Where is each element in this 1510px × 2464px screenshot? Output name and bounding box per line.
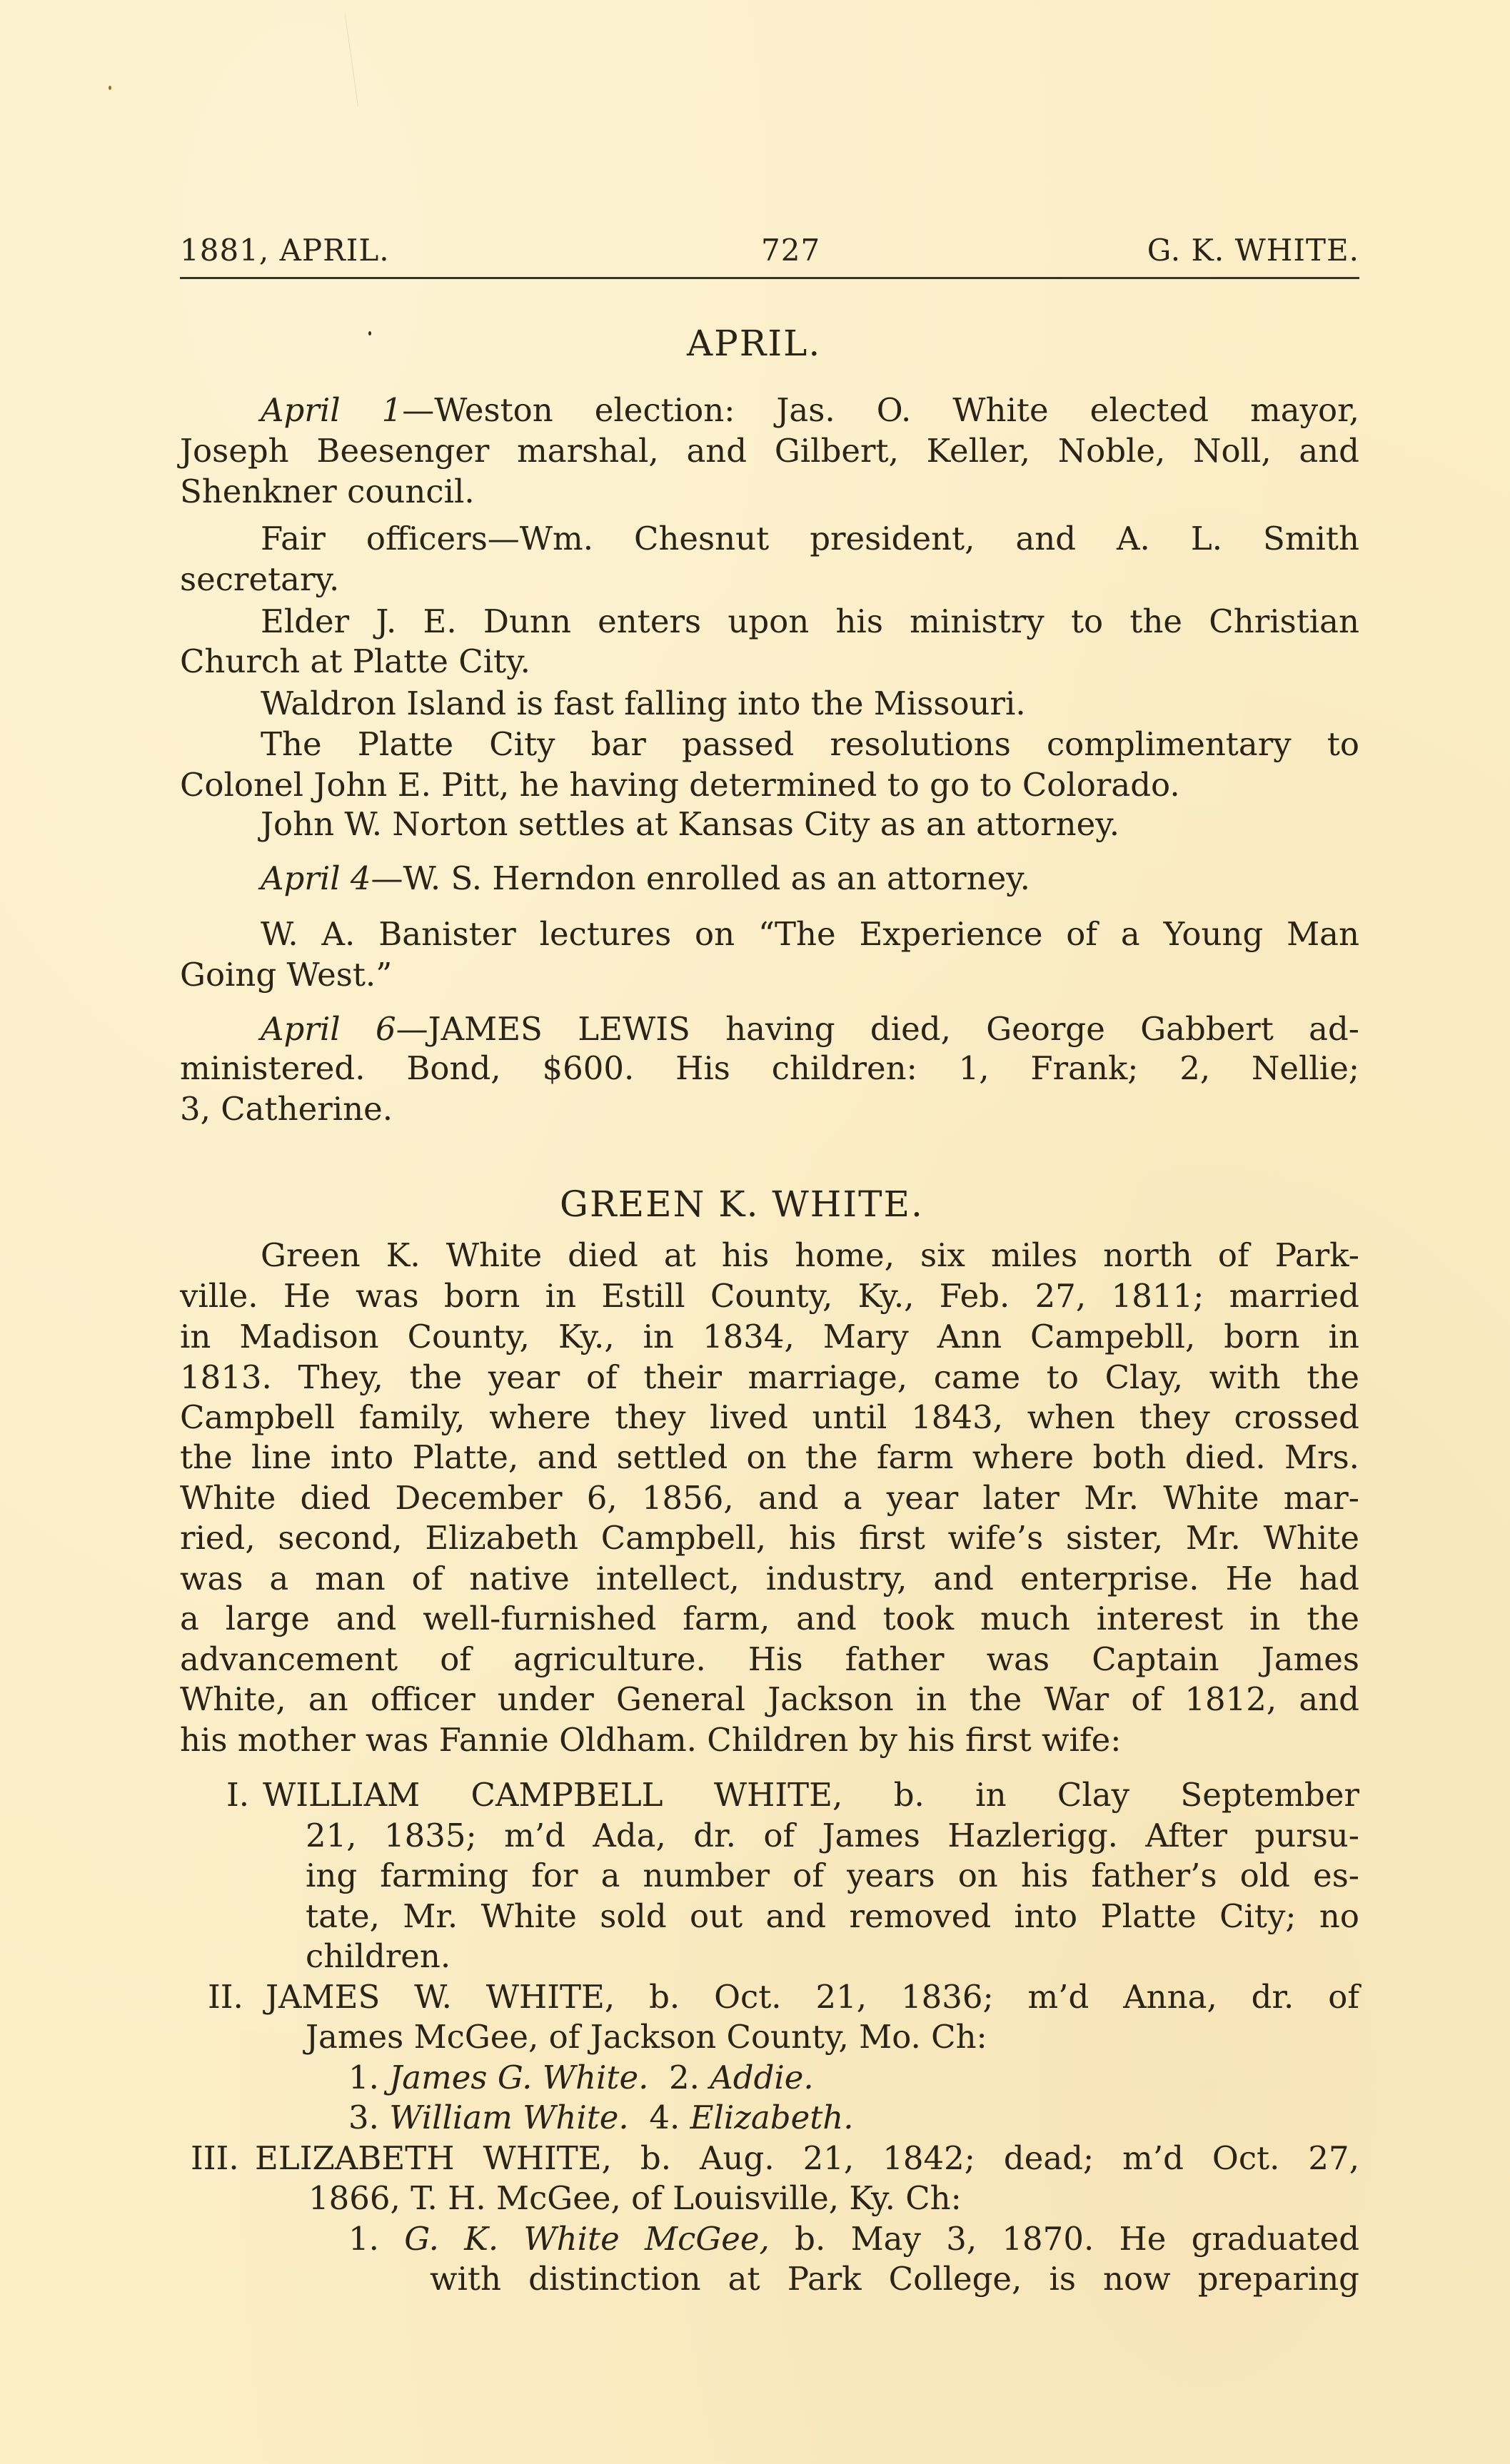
line-text: —JAMES LEWIS having died, George Gabbert… bbox=[396, 1010, 1359, 1048]
ink-speck bbox=[368, 331, 371, 335]
text-line: ried, second, Elizabeth Campbell, his fi… bbox=[180, 1522, 1359, 1554]
text-line: Colonel John E. Pitt, he having determin… bbox=[180, 769, 1180, 801]
text-line: Shenkner council. bbox=[180, 475, 475, 508]
header-rule bbox=[180, 277, 1359, 279]
text-line: The Platte City bar passed resolutions c… bbox=[261, 728, 1359, 760]
text-line: 1813. They, the year of their marriage, … bbox=[180, 1361, 1359, 1393]
text-line: secretary. bbox=[180, 563, 339, 595]
text-line: Waldron Island is fast falling into the … bbox=[261, 687, 1026, 719]
text-line: 1866, T. H. McGee, of Louisville, Ky. Ch… bbox=[308, 2182, 962, 2214]
grandchildren-line: 1. James G. White. 2. Addie. bbox=[348, 2061, 814, 2094]
page-number: 727 bbox=[761, 236, 820, 266]
grandchild-name: G. K. White McGee, bbox=[404, 2220, 770, 2258]
date-label: April 6 bbox=[261, 1010, 396, 1048]
line-text: —Weston election: Jas. O. White elected … bbox=[402, 391, 1359, 429]
text-line: White, an officer under General Jackson … bbox=[180, 1683, 1359, 1715]
text-line: advancement of agriculture. His father w… bbox=[180, 1643, 1359, 1675]
header-right: G. K. WHITE. bbox=[1121, 236, 1359, 266]
text-line: WILLIAM CAMPBELL WHITE, b. in Clay Septe… bbox=[263, 1779, 1359, 1811]
grandchild-text: b. May 3, 1870. He graduated bbox=[770, 2220, 1359, 2258]
text-line: was a man of native intellect, industry,… bbox=[180, 1562, 1359, 1595]
text-line: Green K. White died at his home, six mil… bbox=[261, 1239, 1359, 1271]
text-line: April 1—Weston election: Jas. O. White e… bbox=[261, 394, 1359, 426]
text-line: Elder J. E. Dunn enters upon his ministr… bbox=[261, 605, 1359, 637]
text-line: W. A. Banister lectures on “The Experien… bbox=[261, 918, 1359, 950]
grandchild-number: 2. bbox=[669, 2059, 700, 2096]
header-left: 1881, APRIL. bbox=[180, 236, 390, 266]
text-line: Campbell family, where they lived until … bbox=[180, 1401, 1359, 1433]
grandchild-number: 1. bbox=[348, 2220, 379, 2258]
roman-numeral: II. bbox=[208, 1981, 243, 2013]
text-line: James McGee, of Jackson County, Mo. Ch: bbox=[306, 2021, 987, 2053]
text-line: April 4—W. S. Herndon enrolled as an att… bbox=[261, 862, 1030, 894]
text-line: Going West.” bbox=[180, 959, 392, 991]
book-page: 1881, APRIL. 727 G. K. WHITE. APRIL. Apr… bbox=[0, 0, 1510, 2464]
text-line: 3, Catherine. bbox=[180, 1093, 393, 1125]
grandchild-name: James G. White. bbox=[389, 2059, 648, 2096]
text-line: in Madison County, Ky., in 1834, Mary An… bbox=[180, 1321, 1359, 1353]
text-line: ville. He was born in Estill County, Ky.… bbox=[180, 1280, 1359, 1312]
grandchild-number: 1. bbox=[348, 2059, 379, 2096]
text-line: John W. Norton settles at Kansas City as… bbox=[261, 808, 1119, 840]
text-line: tate, Mr. White sold out and removed int… bbox=[306, 1900, 1359, 1932]
grandchild-line: 1. G. K. White McGee, b. May 3, 1870. He… bbox=[348, 2223, 1359, 2255]
text-line: his mother was Fannie Oldham. Children b… bbox=[180, 1724, 1121, 1756]
text-line: Joseph Beesenger marshal, and Gilbert, K… bbox=[180, 435, 1359, 467]
paper-crease bbox=[345, 15, 358, 107]
section-title: APRIL. bbox=[687, 325, 821, 361]
text-line: Church at Platte City. bbox=[180, 645, 530, 677]
section-title: GREEN K. WHITE. bbox=[560, 1186, 924, 1222]
grandchildren-line: 3. William White. 4. Elizabeth. bbox=[348, 2101, 854, 2134]
grandchild-name: Elizabeth. bbox=[690, 2099, 854, 2136]
date-label: April 4 bbox=[261, 859, 371, 897]
grandchild-name: Addie. bbox=[710, 2059, 813, 2096]
text-line: children. bbox=[306, 1940, 451, 1972]
grandchild-number: 4. bbox=[649, 2099, 680, 2136]
roman-numeral: III. bbox=[191, 2142, 239, 2174]
text-line: a large and well-furnished farm, and too… bbox=[180, 1602, 1359, 1635]
text-line: Fair officers—Wm. Chesnut president, and… bbox=[261, 522, 1359, 555]
text-line: ELIZABETH WHITE, b. Aug. 21, 1842; dead;… bbox=[255, 2142, 1359, 2174]
text-line: ing farming for a number of years on his… bbox=[306, 1859, 1359, 1892]
text-line: with distinction at Park College, is now… bbox=[430, 2263, 1359, 2295]
roman-numeral: I. bbox=[226, 1779, 249, 1811]
grandchild-number: 3. bbox=[348, 2099, 379, 2136]
text-line: ministered. Bond, $600. His children: 1,… bbox=[180, 1052, 1359, 1084]
text-line: the line into Platte, and settled on the… bbox=[180, 1441, 1359, 1473]
text-line: JAMES W. WHITE, b. Oct. 21, 1836; m’d An… bbox=[266, 1981, 1359, 2013]
text-line: April 6—JAMES LEWIS having died, George … bbox=[261, 1013, 1359, 1045]
text-line: 21, 1835; m’d Ada, dr. of James Hazlerig… bbox=[306, 1819, 1359, 1852]
ink-speck bbox=[109, 86, 111, 90]
text-line: White died December 6, 1856, and a year … bbox=[180, 1482, 1359, 1514]
grandchild-name: William White. bbox=[389, 2099, 628, 2136]
date-label: April 1 bbox=[261, 391, 402, 429]
line-text: —W. S. Herndon enrolled as an attorney. bbox=[371, 859, 1030, 897]
